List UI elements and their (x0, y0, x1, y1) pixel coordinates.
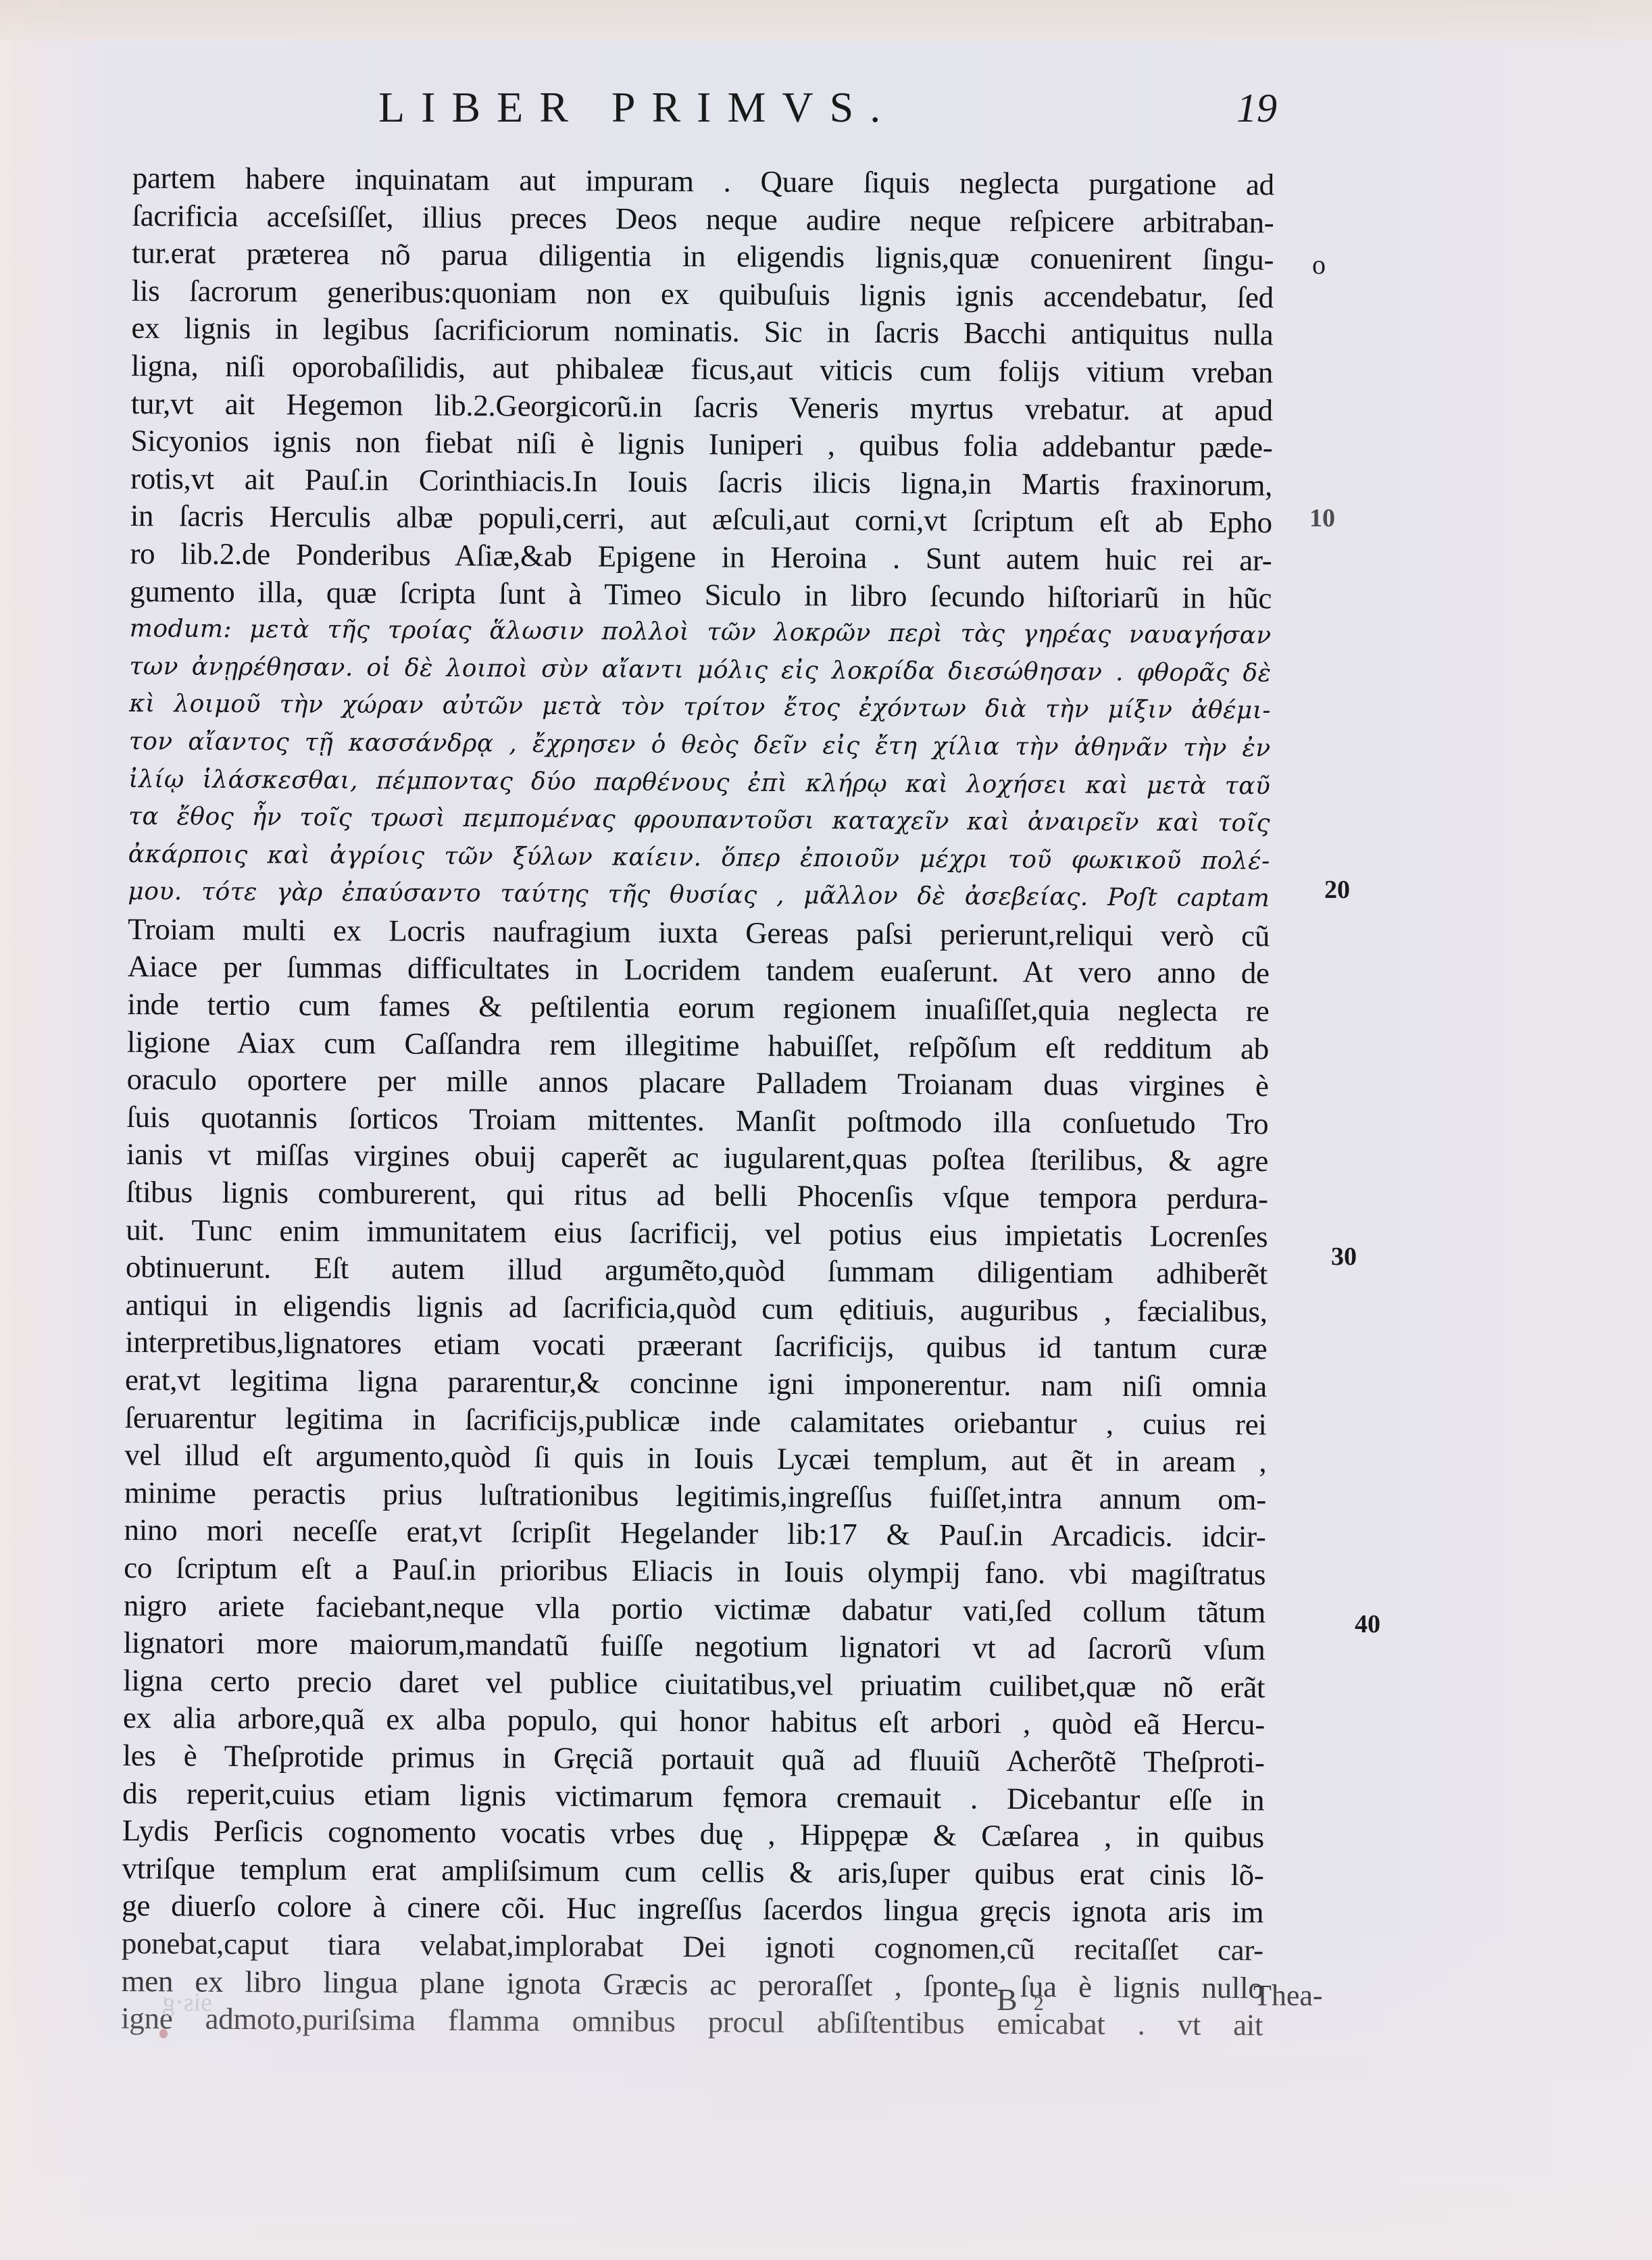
text-line: interpretibus,lignatores etiam vocati pr… (125, 1324, 1267, 1368)
text-line: ponebat,caput tiara velabat,implorabat D… (122, 1925, 1263, 1969)
signature-number: 2 (1034, 1992, 1044, 2015)
text-line: ſtibus lignis comburerent, qui ritus ad … (126, 1174, 1268, 1218)
text-line: ſacrificia acceſsiſſet, illius preces De… (132, 197, 1274, 242)
margin-mark: o (1312, 249, 1326, 280)
text-line: oraculo oportere per mille annos placare… (127, 1061, 1269, 1105)
text-line: vtriſque templum erat ampliſsimum cum ce… (122, 1850, 1263, 1894)
text-line: rotis,vt ait Pauſ.in Corinthiacis.In Iou… (130, 460, 1272, 505)
text-line: vel illud eſt argumento,quòd ſi quis in … (124, 1436, 1266, 1481)
greek-quote-line: τα ἔθος ἦν τοῖς τρωσὶ πεμπομένας φρουπαν… (128, 798, 1270, 843)
greek-quote-line: κὶ λοιμοῦ τὴν χώραν αὐτῶν μετὰ τὸν τρίτο… (129, 685, 1271, 730)
text-line: partem habere inquinatam aut impuram . Q… (132, 159, 1274, 204)
margin-line-number-40: 40 (1355, 1609, 1380, 1639)
signature-letter: B (997, 1982, 1018, 2017)
greek-quote-line: ἀκάρποις καὶ ἀγρίοις τῶν ξύλων καίειν. ὅ… (128, 836, 1270, 880)
text-line: tur,vt ait Hegemon lib.2.Georgicorũ.in ſ… (131, 385, 1273, 430)
book-page: LIBER PRIMVS. 19 partem habere inquinata… (0, 0, 1652, 2260)
text-line: ligna certo precio daret vel publice ciu… (123, 1662, 1265, 1707)
text-line: co ſcriptum eſt a Pauſ.in prioribus Elia… (124, 1549, 1266, 1594)
text-line: obtinuerunt. Eſt autem illud argumẽto,qu… (126, 1249, 1268, 1293)
text-line: erat,vt legitima ligna pararentur,& conc… (125, 1361, 1267, 1406)
text-line: ex alia arbore,quã ex alba populo, qui h… (123, 1699, 1265, 1744)
running-head-title: LIBER PRIMVS. (378, 82, 897, 132)
text-line: lignatori more maiorum,mandatũ fuiſſe ne… (123, 1624, 1265, 1669)
text-line: ianis vt miſſas virgines obuij caperẽt a… (126, 1136, 1268, 1180)
text-line: men ex libro lingua plane ignota Græcis … (121, 1962, 1263, 2007)
margin-line-number-10: 10 (1309, 503, 1335, 533)
text-line: nigro ariete faciebant,neque vlla portio… (124, 1587, 1266, 1632)
text-line: tur.erat præterea nõ parua diligentia in… (132, 234, 1274, 279)
text-line: ex lignis in legibus ſacrificiorum nomin… (131, 309, 1273, 354)
text-line: Troiam multi ex Locris naufragium iuxta … (128, 911, 1270, 955)
greek-quote-line: των ἀνῃρέθησαν. οἱ δὲ λοιποὶ σὺν αἴαντι … (129, 648, 1271, 693)
greek-quote-line: μου. τότε γὰρ ἐπαύσαντο ταύτης τῆς θυσία… (128, 873, 1270, 918)
text-line: nino mori neceſſe erat,vt ſcripſit Hegel… (124, 1511, 1266, 1556)
text-line: uit. Tunc enim immunitatem eius ſacrific… (126, 1211, 1268, 1256)
margin-line-number-30: 30 (1331, 1242, 1357, 1272)
text-line: dis reperit,cuius etiam lignis victimaru… (122, 1774, 1264, 1819)
text-line: Aiace per ſummas difficultates in Locrid… (128, 948, 1270, 993)
text-line: les è Theſprotide primus in Gręciã porta… (122, 1737, 1264, 1782)
ink-stain (159, 2029, 168, 2038)
text-line: lis ſacrorum generibus:quoniam non ex qu… (132, 272, 1274, 317)
body-text: partem habere inquinatam aut impuram . Q… (121, 159, 1274, 2044)
text-line: ligione Aiax cum Caſſandra rem illegitim… (127, 1024, 1269, 1068)
text-line: Lydis Perſicis cognomento vocatis vrbes … (122, 1812, 1264, 1857)
text-line: Sicyonios ignis non fiebat niſi è lignis… (130, 422, 1272, 467)
text-line: antiqui in eligendis lignis ad ſacrifici… (125, 1286, 1267, 1331)
bleed-through-text: ɘis·g (162, 1988, 212, 2017)
margin-line-number-20: 20 (1324, 875, 1350, 905)
catchword: Thea- (1253, 1978, 1323, 2013)
text-line: gumento illa, quæ ſcripta ſunt à Timeo S… (130, 573, 1272, 618)
greek-quote-line: ἰλίῳ ἱλάσκεσθαι, πέμποντας δύο παρθένους… (128, 760, 1270, 805)
text-line: in ſacris Herculis albæ populi,cerri, au… (130, 497, 1272, 542)
greek-quote-line: τον αἴαντος τῇ κασσάνδρᾳ , ἔχρησεν ὁ θεὸ… (129, 723, 1271, 768)
text-line: inde tertio cum fames & peſtilentia eoru… (127, 986, 1269, 1030)
text-line: ligna, niſi oporobaſilidis, aut phibaleæ… (131, 347, 1273, 392)
greek-quote-line: modum: μετὰ τῆς τροίας ἅλωσιν πολλοὶ τῶν… (130, 610, 1272, 655)
page-number: 19 (1236, 85, 1277, 132)
text-line: ge diuerſo colore à cinere cõi. Huc ingr… (122, 1887, 1263, 1932)
text-line: ſuis quotannis ſorticos Troiam mittentes… (126, 1099, 1268, 1143)
text-line: minime peractis prius luſtrationibus leg… (124, 1474, 1266, 1519)
signature-mark: B2 (997, 1982, 1044, 2017)
text-line: ſeruarentur legitima in ſacrificijs,publ… (124, 1399, 1266, 1444)
text-line: igne admoto,puriſsima flamma omnibus pro… (121, 2000, 1263, 2044)
text-line: ro lib.2.de Ponderibus Aſiæ,&ab Epigene … (130, 535, 1272, 580)
running-head: LIBER PRIMVS. 19 (0, 82, 1652, 143)
